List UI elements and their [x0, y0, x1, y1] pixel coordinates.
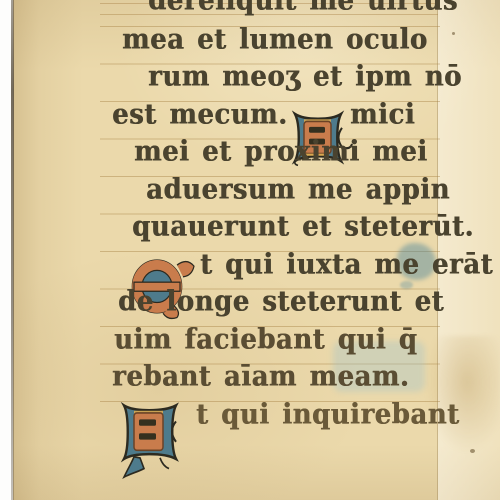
ink-speck: [452, 32, 455, 35]
line-text: t qui inquirebant: [196, 399, 460, 431]
ink-speck: [470, 449, 475, 453]
text-line: mei et proximi mei: [134, 136, 428, 168]
manuscript-photo: dereliquit me uirtus mea et lumen oculo …: [0, 0, 500, 500]
initial-e-artwork: [118, 400, 184, 479]
text-line: dereliquit me uirtus: [148, 0, 458, 17]
text-column: dereliquit me uirtus mea et lumen oculo …: [112, 0, 444, 500]
text-line: est mecum. A mici: [112, 99, 415, 131]
line-text: mici: [350, 99, 415, 131]
text-line: rum meoʒ et ipm nō: [148, 61, 462, 93]
text-line: E t qui inquirebant: [112, 399, 460, 431]
line-text: t qui iuxta me erāt: [200, 249, 493, 281]
line-text: est mecum.: [112, 99, 290, 131]
text-line: quauerunt et steterūt.: [132, 211, 474, 243]
text-line: uim faciebant qui q̄: [114, 324, 417, 356]
text-line: de longe steterunt et: [118, 286, 444, 318]
text-line: aduersum me appin: [146, 174, 450, 206]
text-line: mea et lumen oculo: [122, 24, 428, 56]
text-line: E t qui iuxta me erāt: [112, 249, 493, 281]
leaf-left-edge: [11, 0, 14, 500]
text-line: rebant aīam meam.: [112, 361, 409, 393]
